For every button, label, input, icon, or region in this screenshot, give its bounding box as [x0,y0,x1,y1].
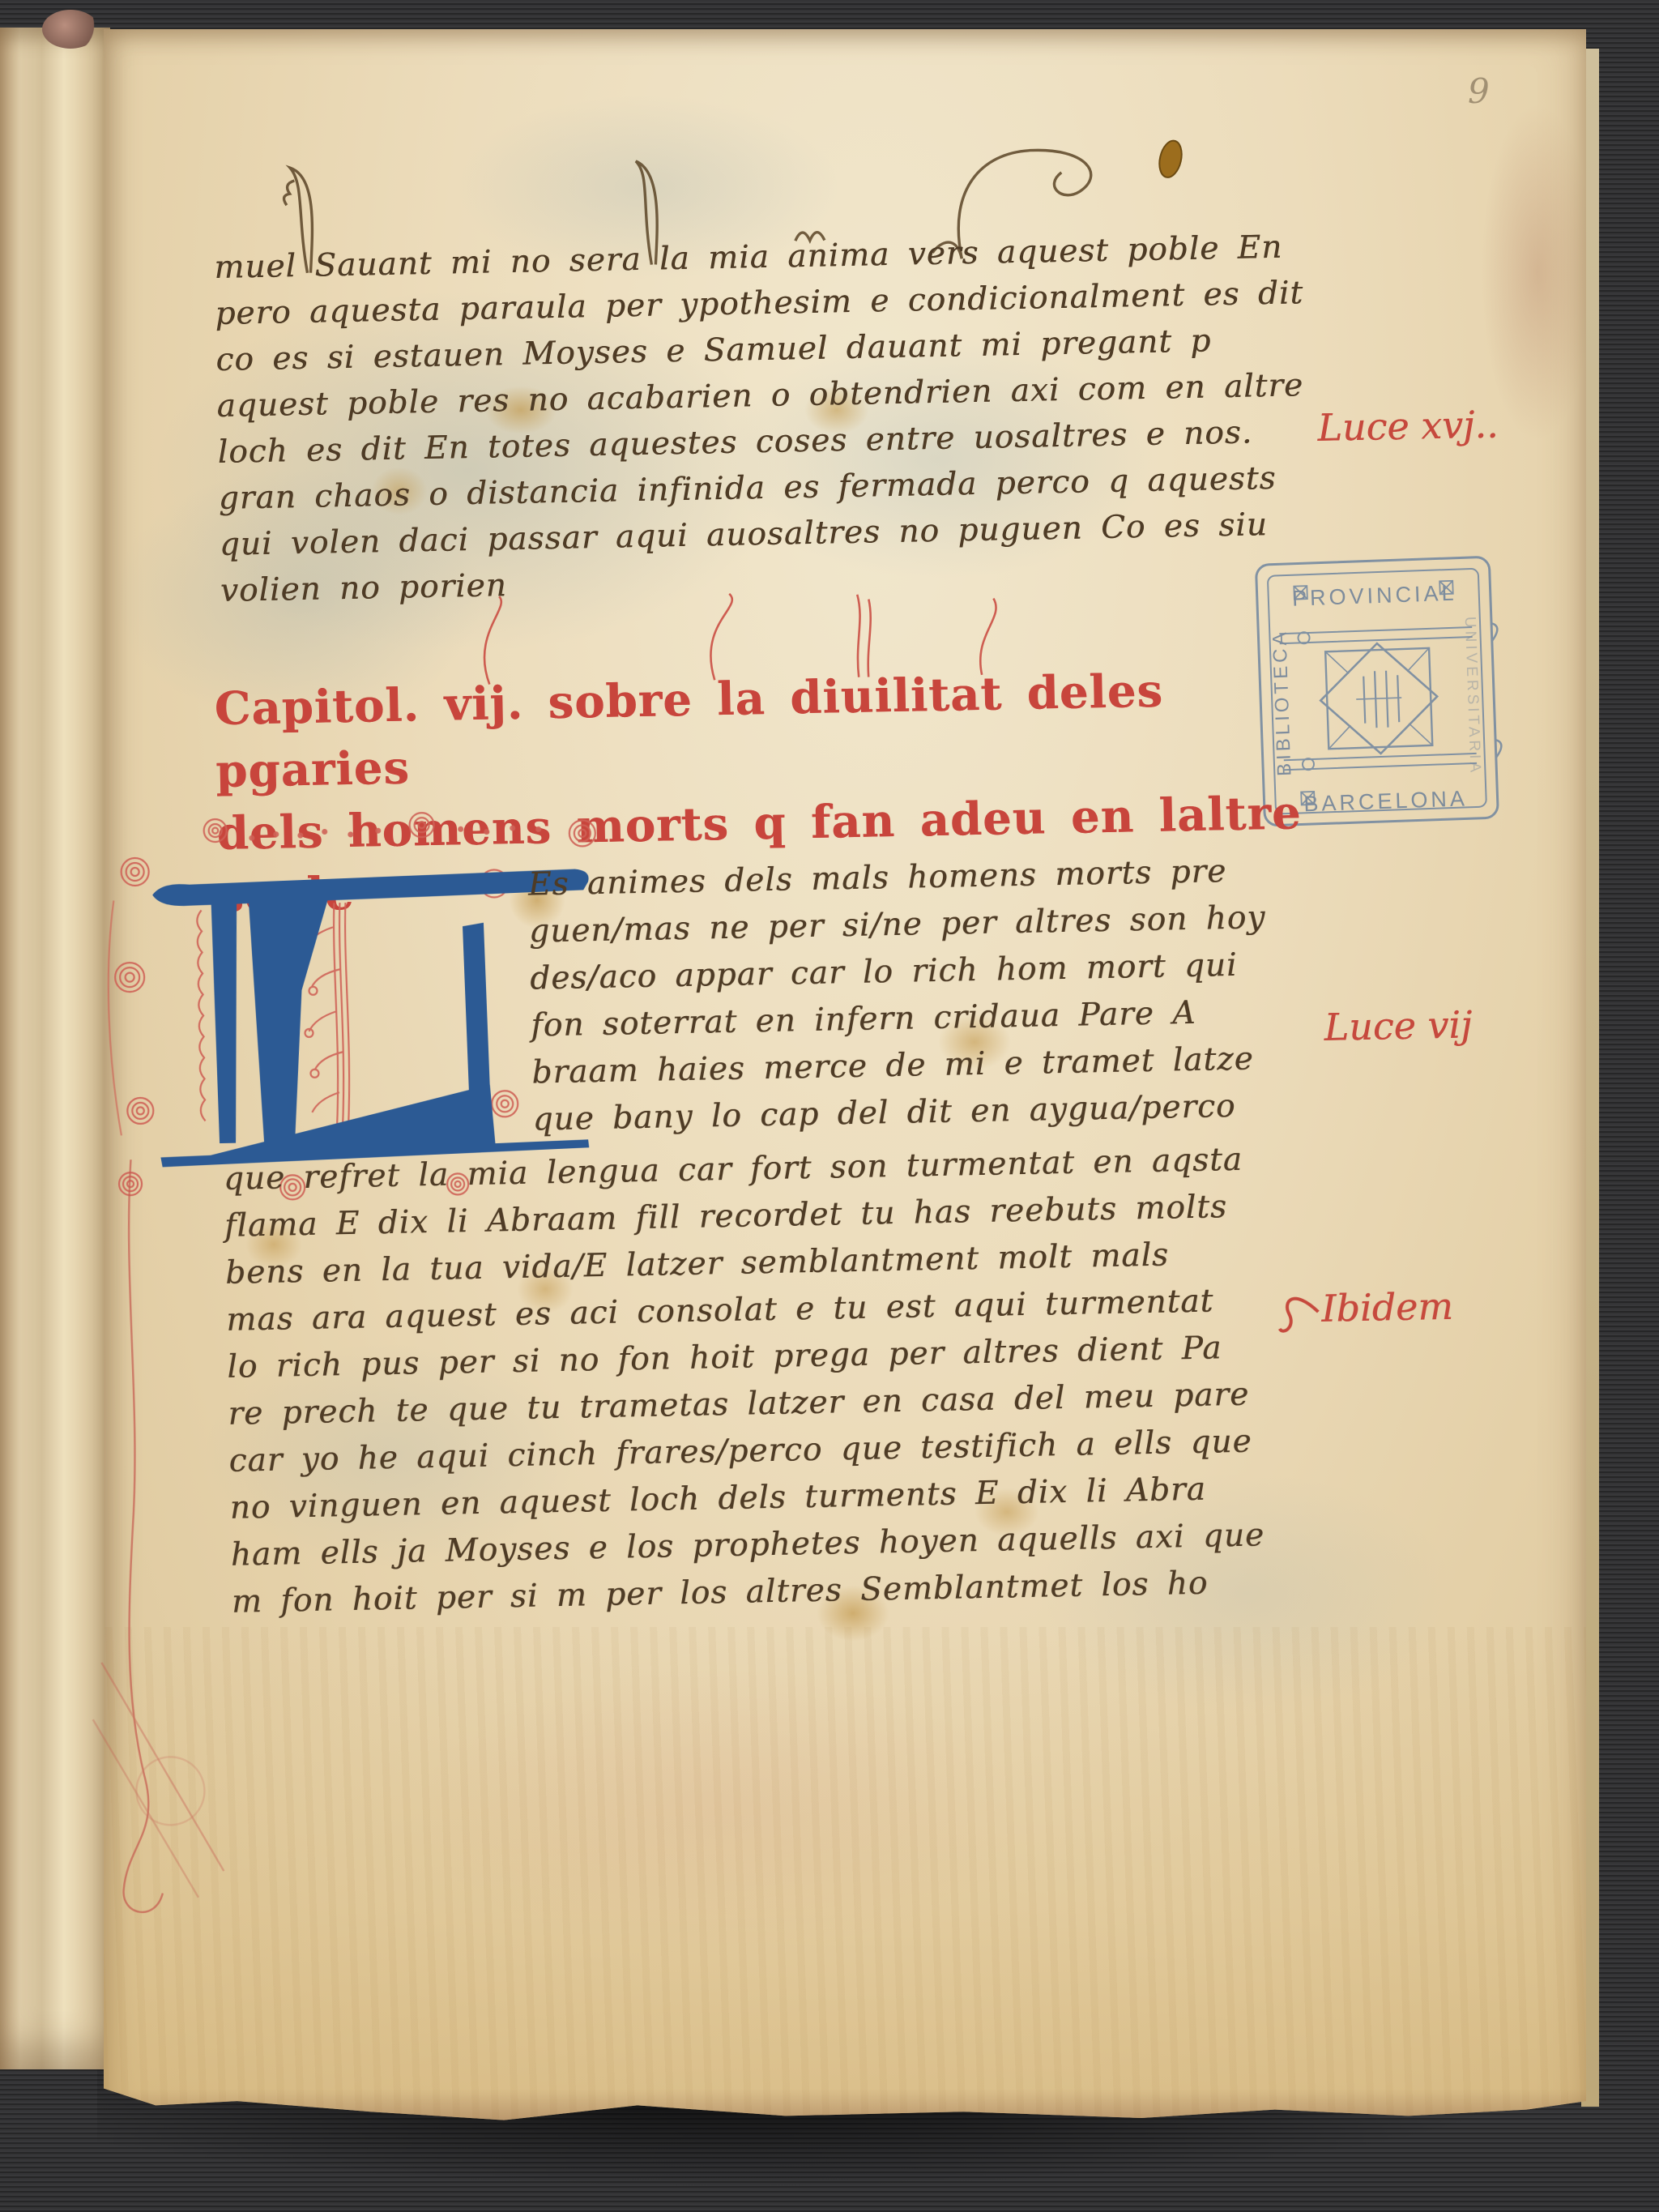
margin-note-ibidem: Ibidem [1277,1277,1454,1337]
margin-note-luce-vii: Luce vij [1324,1002,1473,1048]
paragraph-1: muel Sauant mi no sera la mia anima vers… [214,224,1307,614]
filigree-dots [249,825,541,841]
filigree-band [332,903,350,1131]
paragraph-3: que refret la mia lengua car fort son tu… [223,1135,1333,1626]
filigree-scallop [197,910,205,1121]
gilt-mark [1156,139,1185,180]
initial-letter-body [152,869,594,1167]
manuscript-text-layer: muel Sauant mi no sera la mia anima vers… [0,0,1659,2212]
margin-note-luce-xvi: Luce xvj.. [1317,403,1499,450]
ibidem-swash [1277,1279,1322,1337]
paragraph-2: Es animes dels mals homens morts pre gue… [528,847,1311,1143]
rubric-line: Capitol. vij. sobre la diuilitat deles p… [214,657,1318,803]
margin-note-label: Ibidem [1321,1284,1454,1330]
manuscript-photo: 9 [0,0,1659,2212]
